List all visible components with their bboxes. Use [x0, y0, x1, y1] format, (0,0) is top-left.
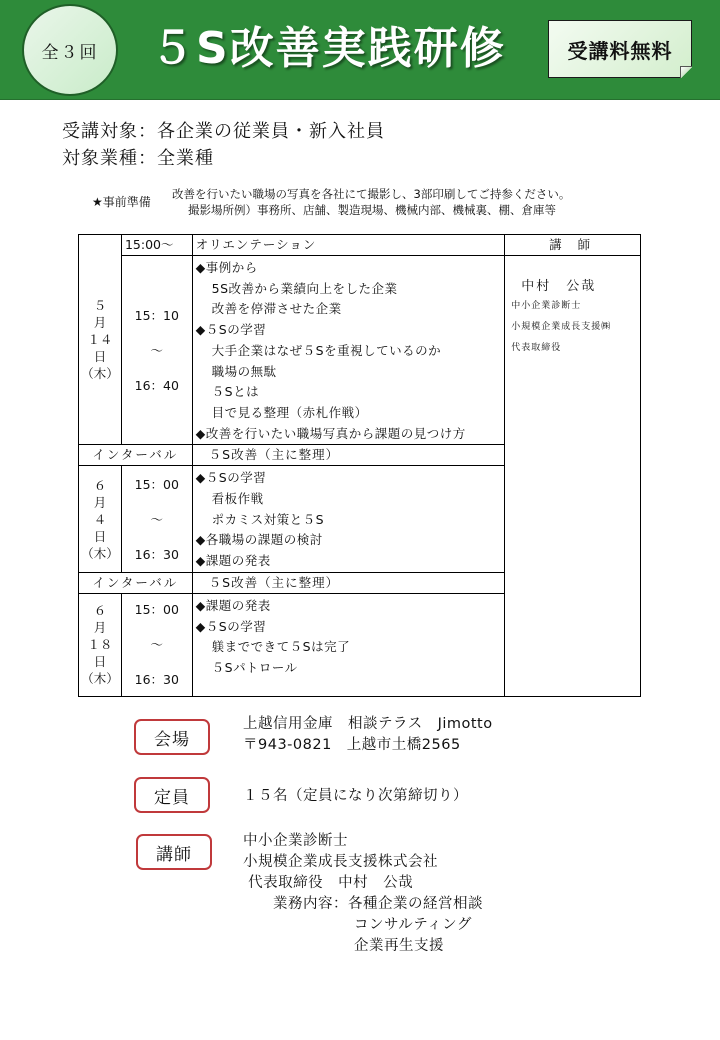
content-line: 改善を停滞させた企業: [196, 299, 505, 320]
instructor-line-3: 代表取締役 中村 公哉: [243, 873, 483, 894]
instructor-label-box: 講師: [136, 834, 212, 870]
target-info: 受講対象：各企業の従業員・新入社員 対象業種：全業種: [62, 118, 385, 172]
capacity-label: 定員: [154, 783, 190, 808]
interval-content: ５S改善（主に整理）: [192, 445, 505, 466]
venue-label-box: 会場: [134, 719, 210, 755]
session-1-row: 15：10 ～ 16：40 ◆事例から 5S改善から業績向上をした企業 改善を停…: [79, 256, 641, 445]
preparation-line-2: 撮影場所例）事務所、店舗、製造現場、機械内部、機械裏、棚、倉庫等: [188, 202, 556, 218]
lecturer-title-1: 中小企業診断士: [511, 296, 640, 317]
content-line: ◆課題の発表: [196, 551, 505, 572]
session-3-time: 15：00 ～ 16：30: [121, 593, 192, 696]
preparation-line-1: 改善を行いたい職場の写真を各社にて撮影し、3部印刷してご持参ください。: [172, 186, 570, 202]
session-1-date: ５ 月 １４ 日 （木）: [79, 235, 122, 445]
instructor-line-6: 企業再生支援: [243, 936, 483, 957]
content-line: ◆各職場の課題の検討: [196, 530, 505, 551]
session-count-text: 全３回: [42, 38, 99, 63]
session-2-time: 15：00 ～ 16：30: [121, 466, 192, 573]
venue-address: 〒943-0821 上越市土橋2565: [243, 735, 493, 756]
instructor-label: 講師: [156, 840, 192, 865]
free-tuition-badge: 受講料無料: [548, 20, 692, 78]
content-line: ◆５Sの学習: [196, 468, 505, 489]
instructor-line-5: コンサルティング: [243, 915, 483, 936]
content-line: ◆５Sの学習: [196, 320, 505, 341]
venue-label: 会場: [154, 725, 190, 750]
session-1-content: ◆事例から 5S改善から業績向上をした企業 改善を停滞させた企業 ◆５Sの学習 …: [192, 256, 505, 445]
content-line: ◆事例から: [196, 258, 505, 279]
page-curl-icon: [680, 66, 692, 78]
content-line: ◆５Sの学習: [196, 617, 505, 638]
capacity-label-box: 定員: [134, 777, 210, 813]
lecturer-title-3: 代表取締役: [511, 338, 640, 359]
lecturer-cell: 中村 公哉 中小企業診断士 小規模企業成長支援㈱ 代表取締役: [505, 256, 641, 697]
instructor-line-2: 小規模企業成長支援株式会社: [243, 852, 483, 873]
capacity-info: １５名（定員になり次第締切り）: [243, 786, 468, 807]
venue-info: 上越信用金庫 相談テラス Jimotto 〒943-0821 上越市土橋2565: [243, 714, 493, 756]
free-tuition-text: 受講料無料: [568, 35, 673, 64]
session-count-badge: 全３回: [22, 4, 118, 96]
instructor-line-1: 中小企業診断士: [243, 831, 483, 852]
content-line: 5S改善から業績向上をした企業: [196, 279, 505, 300]
orientation-label: オリエンテーション: [192, 235, 505, 256]
interval-content: ５S改善（主に整理）: [192, 572, 505, 593]
instructor-info: 中小企業診断士 小規模企業成長支援株式会社 代表取締役 中村 公哉 業務内容：各…: [243, 831, 483, 957]
content-line: ５Sとは: [196, 382, 505, 403]
content-line: ◆課題の発表: [196, 596, 505, 617]
target-audience: 受講対象：各企業の従業員・新入社員: [62, 118, 385, 145]
interval-label: インターバル: [79, 445, 193, 466]
page-title: ５S改善実践研修: [150, 14, 506, 84]
target-industry: 対象業種：全業種: [62, 145, 385, 172]
lecturer-header: 講 師: [505, 235, 641, 256]
session-1-time: 15：10 ～ 16：40: [121, 256, 192, 445]
lecturer-name: 中村 公哉: [511, 278, 640, 296]
venue-name: 上越信用金庫 相談テラス Jimotto: [243, 714, 493, 735]
content-line: ポカミス対策と５S: [196, 510, 505, 531]
table-header-row: ５ 月 １４ 日 （木） 15:00～ オリエンテーション 講 師: [79, 235, 641, 256]
instructor-line-4: 業務内容：各種企業の経営相談: [243, 894, 483, 915]
content-line: ◆改善を行いたい職場写真から課題の見つけ方: [196, 424, 505, 445]
content-line: 大手企業はなぜ５Sを重視しているのか: [196, 341, 505, 362]
session-3-date: ６ 月 １８ 日 （木）: [79, 593, 122, 696]
session-3-content: ◆課題の発表 ◆５Sの学習 躾までできて５Sは完了 ５Sパトロール: [192, 593, 505, 696]
content-line: 看板作戦: [196, 489, 505, 510]
capacity-value: １５名（定員になり次第締切り）: [243, 786, 468, 807]
preparation-label: ★事前準備: [92, 194, 151, 210]
content-line: 躾までできて５Sは完了: [196, 637, 505, 658]
schedule-table: ５ 月 １４ 日 （木） 15:00～ オリエンテーション 講 師 15：10 …: [78, 234, 641, 697]
lecturer-title-2: 小規模企業成長支援㈱: [511, 317, 640, 338]
header-banner: 全３回 ５S改善実践研修 受講料無料: [0, 0, 720, 100]
session-2-date: ６ 月 ４ 日 （木）: [79, 466, 122, 573]
content-line: 職場の無駄: [196, 362, 505, 383]
content-line: ５Sパトロール: [196, 658, 505, 679]
interval-label: インターバル: [79, 572, 193, 593]
orientation-time: 15:00～: [121, 235, 192, 256]
session-2-content: ◆５Sの学習 看板作戦 ポカミス対策と５S ◆各職場の課題の検討 ◆課題の発表: [192, 466, 505, 573]
content-line: 目で見る整理（赤札作戦）: [196, 403, 505, 424]
